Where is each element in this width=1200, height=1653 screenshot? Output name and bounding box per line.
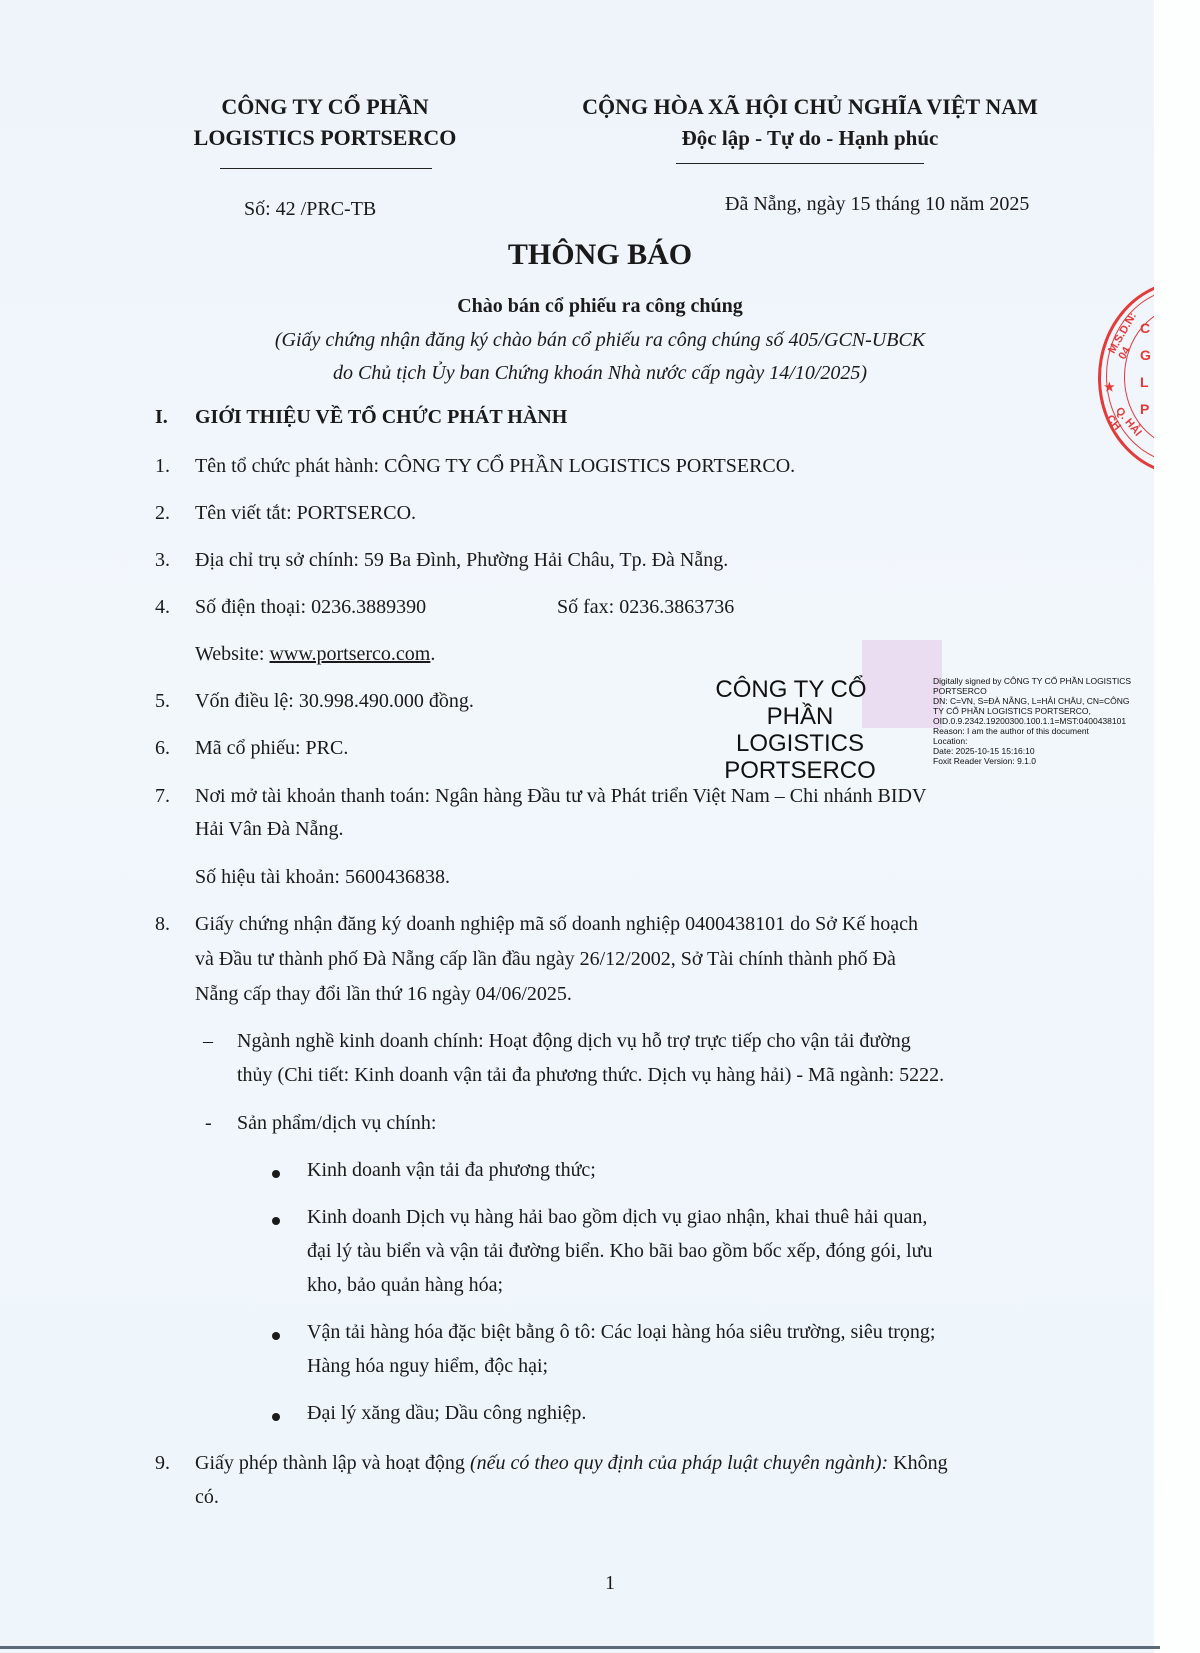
item-number: 8. <box>155 913 170 936</box>
phone-number: Số điện thoại: 0236.3889390 <box>195 596 426 619</box>
fax-number: Số fax: 0236.3863736 <box>557 596 734 619</box>
bullet-dot <box>272 1332 280 1340</box>
doc-number: Số: 42 /PRC-TB <box>244 198 376 221</box>
product-item: Đại lý xăng dầu; Dầu công nghiệp. <box>307 1402 586 1425</box>
signature-detail-line: Reason: I am the author of this document <box>933 726 1131 736</box>
website-label: Website: <box>195 643 269 665</box>
dash-marker: - <box>205 1112 212 1135</box>
bank-account-place-line2: Hải Vân Đà Nẵng. <box>195 818 343 841</box>
stock-code: Mã cổ phiếu: PRC. <box>195 737 348 760</box>
signature-name-line2: PHẦN LOGISTICS <box>700 703 900 757</box>
company-name-line2: LOGISTICS PORTSERCO <box>160 125 490 151</box>
product-item: Kinh doanh vận tải đa phương thức; <box>307 1159 596 1182</box>
product-item-cont: đại lý tàu biển và vận tải đường biển. K… <box>307 1240 932 1263</box>
section-number: I. <box>155 406 168 429</box>
product-item: Kinh doanh Dịch vụ hàng hải bao gồm dịch… <box>307 1206 927 1229</box>
item-number: 3. <box>155 549 170 572</box>
certificate-note-line2: do Chủ tịch Ủy ban Chứng khoán Nhà nước … <box>0 362 1200 385</box>
signature-detail-line: PORTSERCO <box>933 686 1131 696</box>
signature-name-line3: PORTSERCO <box>700 757 900 784</box>
seal-star-icon: ★ <box>1104 380 1115 394</box>
company-underline <box>220 168 432 169</box>
product-item-cont: kho, bảo quản hàng hóa; <box>307 1274 503 1297</box>
head-office-address: Địa chỉ trụ sở chính: 59 Ba Đình, Phường… <box>195 549 728 572</box>
dash-marker: – <box>203 1030 213 1053</box>
signature-detail-line: Foxit Reader Version: 9.1.0 <box>933 756 1131 766</box>
section-heading: GIỚI THIỆU VỀ TỔ CHỨC PHÁT HÀNH <box>195 406 567 429</box>
product-item-cont: Hàng hóa nguy hiểm, độc hại; <box>307 1355 548 1378</box>
license-prefix: Giấy phép thành lập và hoạt động <box>195 1452 470 1474</box>
nation-title: CỘNG HÒA XÃ HỘI CHỦ NGHĨA VIỆT NAM <box>540 94 1080 120</box>
item-number: 6. <box>155 737 170 760</box>
nation-motto: Độc lập - Tự do - Hạnh phúc <box>600 126 1020 151</box>
certificate-note-line1: (Giấy chứng nhận đăng ký chào bán cổ phi… <box>0 329 1200 352</box>
signature-detail-line: Location: <box>933 736 1131 746</box>
business-registration-line1: Giấy chứng nhận đăng ký doanh nghiệp mã … <box>195 913 918 936</box>
page-number: 1 <box>0 1572 1200 1595</box>
signature-name: CÔNG TY CỔ PHẦN LOGISTICS PORTSERCO <box>700 676 900 784</box>
main-business-line1: Ngành nghề kinh doanh chính: Hoạt động d… <box>237 1030 911 1053</box>
license-line2: có. <box>195 1486 219 1509</box>
item-number: 9. <box>155 1452 170 1475</box>
seal-center-letters: CGLP <box>1140 315 1151 423</box>
doc-title: THÔNG BÁO <box>0 238 1200 272</box>
doc-subtitle: Chào bán cổ phiếu ra công chúng <box>0 295 1200 318</box>
item-number: 5. <box>155 690 170 713</box>
signature-detail-line: OID.0.9.2342.19200300.100.1.1=MST:040043… <box>933 716 1131 726</box>
signature-detail-line: Date: 2025-10-15 15:16:10 <box>933 746 1131 756</box>
motto-underline <box>676 163 924 164</box>
signature-details: Digitally signed by CÔNG TY CỔ PHẦN LOGI… <box>933 676 1131 766</box>
business-registration-line2: và Đầu tư thành phố Đà Nẵng cấp lần đầu … <box>195 948 896 971</box>
short-name: Tên viết tắt: PORTSERCO. <box>195 502 416 525</box>
scan-bottom-edge <box>0 1646 1160 1649</box>
license-suffix: Không <box>888 1452 947 1474</box>
main-business-line2: thủy (Chi tiết: Kinh doanh vận tải đa ph… <box>237 1064 944 1087</box>
signature-name-line1: CÔNG TY CỔ <box>682 676 900 703</box>
signature-detail-line: Digitally signed by CÔNG TY CỔ PHẦN LOGI… <box>933 676 1131 686</box>
company-name-line1: CÔNG TY CỔ PHẦN <box>180 94 470 120</box>
signature-detail-line: TY CỔ PHẦN LOGISTICS PORTSERCO, <box>933 706 1131 716</box>
item-number: 7. <box>155 785 170 808</box>
main-products-heading: Sản phẩm/dịch vụ chính: <box>237 1112 436 1135</box>
signature-detail-line: DN: C=VN, S=ĐÀ NẴNG, L=HẢI CHÂU, CN=CÔNG <box>933 696 1131 706</box>
charter-capital: Vốn điều lệ: 30.998.490.000 đồng. <box>195 690 474 713</box>
company-seal: M.S.D.N: 04 ★ Q. HẢI CH CGLP <box>1090 270 1154 480</box>
item-number: 2. <box>155 502 170 525</box>
website-period: . <box>430 643 435 665</box>
license-line1: Giấy phép thành lập và hoạt động (nếu có… <box>195 1452 948 1475</box>
website-row: Website: www.portserco.com. <box>195 643 435 666</box>
item-number: 4. <box>155 596 170 619</box>
website-link[interactable]: www.portserco.com <box>269 643 430 665</box>
bullet-dot <box>272 1413 280 1421</box>
product-item: Vận tải hàng hóa đặc biệt bằng ô tô: Các… <box>307 1321 935 1344</box>
business-registration-line3: Nẵng cấp thay đổi lần thứ 16 ngày 04/06/… <box>195 983 572 1006</box>
issuer-name: Tên tổ chức phát hành: CÔNG TY CỔ PHẦN L… <box>195 455 795 478</box>
bank-account-place-line1: Nơi mở tài khoản thanh toán: Ngân hàng Đ… <box>195 785 926 808</box>
account-number: Số hiệu tài khoản: 5600436838. <box>195 866 450 889</box>
bullet-dot <box>272 1170 280 1178</box>
item-number: 1. <box>155 455 170 478</box>
bullet-dot <box>272 1217 280 1225</box>
place-date: Đã Nẵng, ngày 15 tháng 10 năm 2025 <box>725 193 1029 216</box>
license-italic-note: (nếu có theo quy định của pháp luật chuy… <box>470 1452 888 1474</box>
